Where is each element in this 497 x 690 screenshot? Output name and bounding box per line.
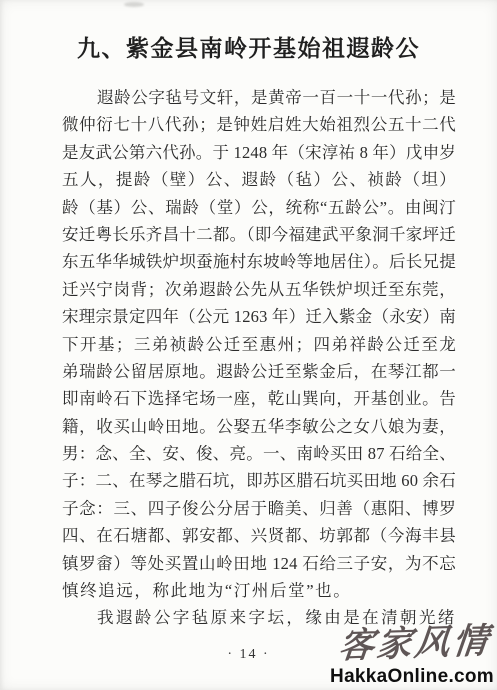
body-text: 遐龄公字毡号文轩，是黄帝一百一十一代孙；是远祖微仲衍七十八代孙；是钟姓启姓大始祖… [62, 84, 456, 632]
text-line: 是友武公第六代孙。于 1248 年（宋淳祐 8 年）戊申岁兄弟 [62, 139, 456, 166]
text-line: 安迁粤长乐齐昌十二都。（即今福建武平象洞千家坪迁入广 [62, 221, 456, 248]
text-line: 慎终追远，称此地为“汀州后堂”也。 [62, 577, 456, 604]
text-line: 宋理宗景定四年（公元 1263 年）迁入紫金（永安）南岭石 [62, 303, 456, 330]
text-line: 子：二、在琴之腊石坑，即苏区腊石坑买田地 60 余石给长 [62, 467, 456, 494]
text-line: 东五华华城铁炉坝蚕施村东坡岭等地居住）。后长兄提龄公 [62, 248, 456, 275]
text-line: 镇罗畲）等处买置山岭田地 124 石给三子安，为不忘祖德， [62, 550, 456, 577]
text-line: 男：念、全、安、俊、亮。一、南岭买田 87 石给全、亮二 [62, 440, 456, 467]
text-line: 即南岭石下选择宅场一座，乾山巽向，开基创业。告官给 [62, 385, 456, 412]
page-title: 九、紫金县南岭开基始祖遐龄公 [0, 30, 497, 63]
text-line: 子念：三、四子俊公分居于瞻美、归善（惠阳、博罗等地） [62, 495, 456, 522]
text-line: 下开基；三弟祯龄公迁至惠州；四弟祥龄公迁至龙川；五 [62, 331, 456, 358]
text-line: 四、在石塘都、郭安都、兴贤都、坊郭都（今海丰县黄羌 [62, 522, 456, 549]
text-line: 迁兴宁岗背；次弟遐龄公先从五华铁炉坝迁至东莞，后于 [62, 276, 456, 303]
text-line: 龄（基）公、瑞龄（堂）公，统称“五龄公”。由闽汀州南 [62, 194, 456, 221]
hakkaonline-watermark: HakkaOnline.com [330, 666, 494, 688]
scan-smudge [124, 2, 144, 7]
calligraphy-watermark: 客家风情 [336, 613, 493, 669]
text-line: 遐龄公字毡号文轩，是黄帝一百一十一代孙；是远祖 [62, 84, 456, 111]
text-line: 五人，提龄（壁）公、遐龄（毡）公、祯龄（坦）公、祥 [62, 166, 456, 193]
scanned-document-page: 九、紫金县南岭开基始祖遐龄公 遐龄公字毡号文轩，是黄帝一百一十一代孙；是远祖微仲… [0, 0, 497, 690]
text-line: 弟瑞龄公留居原地。遐龄公迁至紫金后，在琴江都一二图 [62, 358, 456, 385]
text-line: 籍，收买山岭田地。公娶五华李敏公之女八娘为妻，生五 [62, 413, 456, 440]
text-line: 微仲衍七十八代孙；是钟姓启姓大始祖烈公五十二代孙； [62, 111, 456, 138]
